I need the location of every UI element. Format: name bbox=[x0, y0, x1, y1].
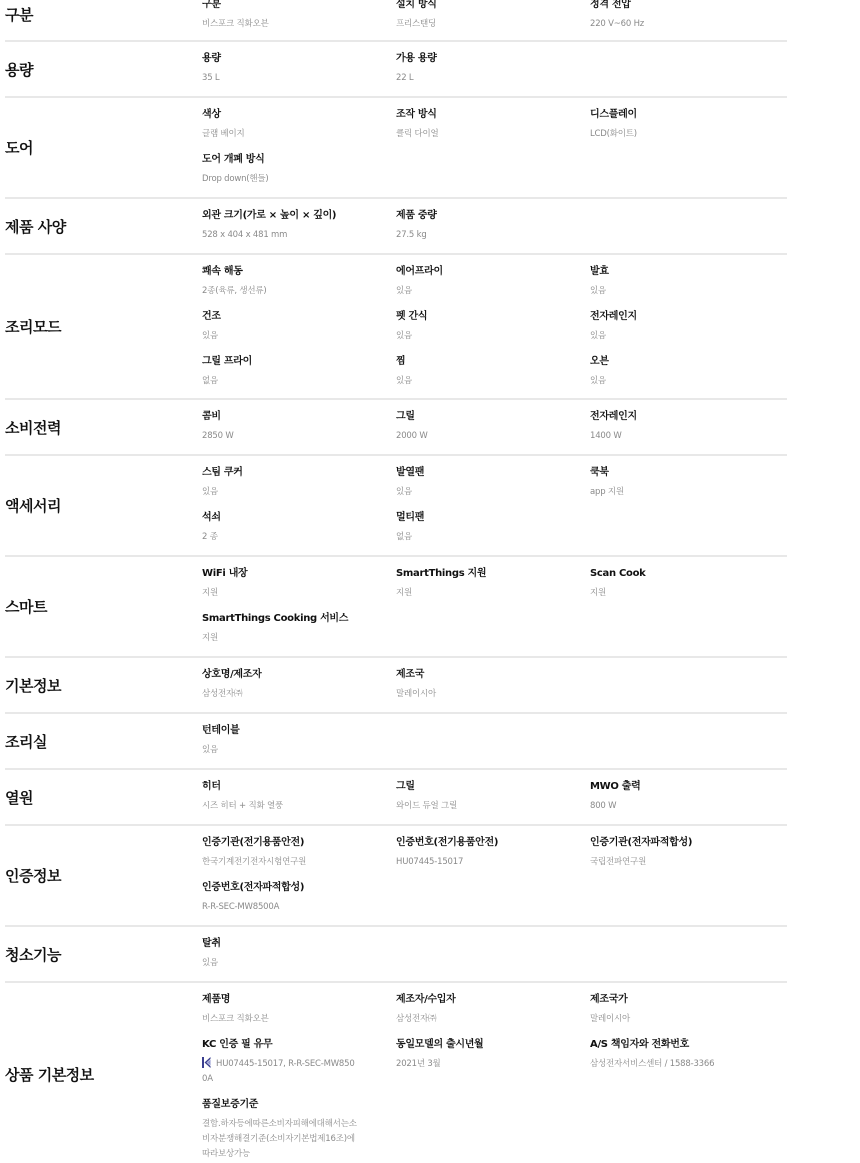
spec-item: 조작 방식 클릭 다이얼 bbox=[396, 108, 590, 153]
spec-label: 조작 방식 bbox=[396, 108, 582, 122]
spec-value: 한국기계전기전자시험연구원 bbox=[202, 855, 388, 870]
spec-grid: 구분 비스포크 직화오븐 설치 방식 프리스탠딩 정격 전압 220 V~60 … bbox=[202, 0, 787, 40]
spec-category-title: 용량 bbox=[5, 42, 202, 96]
spec-item: 외관 크기(가로 × 높이 × 깊이) 528 x 404 x 481 mm bbox=[202, 209, 396, 254]
spec-value: Drop down(핸들) bbox=[202, 172, 388, 187]
spec-value: 클릭 다이얼 bbox=[396, 127, 582, 142]
spec-item: 에어프라이 있음 bbox=[396, 265, 590, 310]
spec-value: 말레이시아 bbox=[590, 1012, 776, 1027]
spec-value: 2종(육류, 생선류) bbox=[202, 284, 388, 299]
spec-item: 그릴 2000 W bbox=[396, 410, 590, 455]
spec-value: 지원 bbox=[396, 586, 582, 601]
spec-value: 2 종 bbox=[202, 530, 388, 545]
spec-value: 있음 bbox=[202, 329, 388, 344]
spec-item: 정격 전압 220 V~60 Hz bbox=[590, 0, 784, 43]
spec-item: 오븐 있음 bbox=[590, 355, 784, 400]
spec-value: 있음 bbox=[396, 485, 582, 500]
spec-value: 1400 W bbox=[590, 429, 776, 444]
spec-value: 2000 W bbox=[396, 429, 582, 444]
spec-item-release-date: 동일모델의 출시년월 2021년 3월 bbox=[396, 1038, 590, 1083]
spec-grid: 인증기관(전기용품안전) 한국기계전기전자시험연구원 인증번호(전기용품안전) … bbox=[202, 826, 787, 925]
spec-value: R-R-SEC-MW8500A bbox=[202, 900, 388, 915]
spec-label: 동일모델의 출시년월 bbox=[396, 1038, 582, 1052]
spec-label: 그릴 bbox=[396, 780, 582, 794]
spec-label: 오븐 bbox=[590, 355, 776, 369]
spec-label: 디스플레이 bbox=[590, 108, 776, 122]
spec-value: 있음 bbox=[202, 956, 388, 971]
spec-item: 콤비 2850 W bbox=[202, 410, 396, 455]
spec-label: 멀티팬 bbox=[396, 511, 582, 525]
spec-label: 제품명 bbox=[202, 993, 388, 1007]
spec-item-country: 제조국가 말레이시아 bbox=[590, 993, 784, 1038]
spec-item: 건조 있음 bbox=[202, 310, 396, 355]
spec-label: 그릴 bbox=[396, 410, 582, 424]
spec-value: 35 L bbox=[202, 71, 388, 86]
spec-label: 탈취 bbox=[202, 937, 388, 951]
spec-grid: 턴테이블 있음 bbox=[202, 714, 787, 768]
spec-label: 설치 방식 bbox=[396, 0, 582, 12]
spec-section-2: 도어 색상 글램 베이지 조작 방식 클릭 다이얼 디스플레이 LCD(화이트)… bbox=[5, 98, 787, 199]
spec-value: 지원 bbox=[202, 631, 388, 646]
kc-cert-value: HU07445-15017, R-R-SEC-MW850 0A bbox=[202, 1059, 355, 1084]
spec-item: 그릴 와이드 듀얼 그릴 bbox=[396, 780, 590, 825]
spec-value: 528 x 404 x 481 mm bbox=[202, 228, 388, 243]
spec-item: 디스플레이 LCD(화이트) bbox=[590, 108, 784, 153]
spec-label: 쿡북 bbox=[590, 466, 776, 480]
spec-section-11: 인증정보 인증기관(전기용품안전) 한국기계전기전자시험연구원 인증번호(전기용… bbox=[5, 826, 787, 927]
spec-value: 시즈 히터 + 직화 열풍 bbox=[202, 799, 388, 814]
spec-section-1: 용량 용량 35 L 가용 용량 22 L bbox=[5, 42, 787, 98]
spec-label: 발효 bbox=[590, 265, 776, 279]
spec-value: 비스포크 직화오븐 bbox=[202, 17, 388, 32]
spec-section-9: 조리실 턴테이블 있음 bbox=[5, 714, 787, 770]
spec-label: 전자레인지 bbox=[590, 310, 776, 324]
spec-item: 인증번호(전기용품안전) HU07445-15017 bbox=[396, 836, 590, 881]
spec-item: 펫 간식 있음 bbox=[396, 310, 590, 355]
spec-item: 설치 방식 프리스탠딩 bbox=[396, 0, 590, 43]
spec-category-title: 소비전력 bbox=[5, 400, 202, 454]
spec-grid: 탈취 있음 bbox=[202, 927, 787, 981]
spec-label: 찜 bbox=[396, 355, 582, 369]
spec-value: 국립전파연구원 bbox=[590, 855, 776, 870]
spec-section-5: 소비전력 콤비 2850 W 그릴 2000 W 전자레인지 1400 W bbox=[5, 400, 787, 456]
spec-value: HU07445-15017, R-R-SEC-MW850 0A bbox=[202, 1057, 360, 1087]
spec-category-title: 제품 사양 bbox=[5, 199, 202, 253]
spec-category-title: 기본정보 bbox=[5, 658, 202, 712]
spec-label: 스팀 쿠커 bbox=[202, 466, 388, 480]
spec-label: SmartThings Cooking 서비스 bbox=[202, 612, 388, 626]
spec-value: 2850 W bbox=[202, 429, 388, 444]
spec-label: 인증번호(전자파적합성) bbox=[202, 881, 388, 895]
spec-label: 외관 크기(가로 × 높이 × 깊이) bbox=[202, 209, 388, 223]
spec-label: 인증번호(전기용품안전) bbox=[396, 836, 582, 850]
spec-label: WiFi 내장 bbox=[202, 567, 388, 581]
spec-label: 품질보증기준 bbox=[202, 1098, 388, 1112]
spec-label: 인증기관(전자파적합성) bbox=[590, 836, 776, 850]
spec-item-as-contact: A/S 책임자와 전화번호 삼성전자서비스센터 / 1588-3366 bbox=[590, 1038, 784, 1083]
spec-label: 인증기관(전기용품안전) bbox=[202, 836, 388, 850]
spec-value: LCD(화이트) bbox=[590, 127, 776, 142]
spec-label: 정격 전압 bbox=[590, 0, 776, 12]
spec-label: 제품 중량 bbox=[396, 209, 582, 223]
spec-label: A/S 책임자와 전화번호 bbox=[590, 1038, 776, 1052]
spec-item: 도어 개폐 방식 Drop down(핸들) bbox=[202, 153, 396, 198]
spec-section-12: 청소기능 탈취 있음 bbox=[5, 927, 787, 983]
spec-item-warranty: 품질보증기준 결함.하자등에따른소비자피해에대해서는소비자분쟁해결기준(소비자기… bbox=[202, 1098, 396, 1162]
spec-label: 가용 용량 bbox=[396, 52, 582, 66]
spec-value: 없음 bbox=[202, 374, 388, 389]
spec-label: 건조 bbox=[202, 310, 388, 324]
spec-value: 22 L bbox=[396, 71, 582, 86]
spec-item: 전자레인지 1400 W bbox=[590, 410, 784, 455]
kc-mark-icon bbox=[202, 1057, 211, 1068]
spec-category-title: 조리실 bbox=[5, 714, 202, 768]
spec-item: SmartThings Cooking 서비스 지원 bbox=[202, 612, 396, 657]
spec-label: 구분 bbox=[202, 0, 388, 12]
spec-value: 220 V~60 Hz bbox=[590, 17, 776, 32]
spec-label: 도어 개폐 방식 bbox=[202, 153, 388, 167]
spec-value: 있음 bbox=[396, 374, 582, 389]
spec-item: 쿡북 app 지원 bbox=[590, 466, 784, 511]
spec-category-title: 액세서리 bbox=[5, 456, 202, 555]
spec-section-7: 스마트 WiFi 내장 지원 SmartThings 지원 지원 Scan Co… bbox=[5, 557, 787, 658]
spec-item: 찜 있음 bbox=[396, 355, 590, 400]
spec-label: 상호명/제조자 bbox=[202, 668, 388, 682]
spec-category-title: 청소기능 bbox=[5, 927, 202, 981]
spec-item: 스팀 쿠커 있음 bbox=[202, 466, 396, 511]
spec-label: 턴테이블 bbox=[202, 724, 388, 738]
spec-value: app 지원 bbox=[590, 485, 776, 500]
spec-value: HU07445-15017 bbox=[396, 855, 582, 870]
spec-item: 전자레인지 있음 bbox=[590, 310, 784, 355]
spec-grid: 쾌속 해동 2종(육류, 생선류) 에어프라이 있음 발효 있음 건조 있음 펫… bbox=[202, 255, 787, 398]
spec-label: 그릴 프라이 bbox=[202, 355, 388, 369]
spec-label: 제조국 bbox=[396, 668, 582, 682]
spec-value: 있음 bbox=[202, 743, 388, 758]
spec-value: 비스포크 직화오븐 bbox=[202, 1012, 388, 1027]
spec-value: 와이드 듀얼 그릴 bbox=[396, 799, 582, 814]
spec-category-title: 스마트 bbox=[5, 557, 202, 656]
spec-value: 삼성전자㈜ bbox=[396, 1012, 582, 1027]
spec-value: 프리스탠딩 bbox=[396, 17, 582, 32]
spec-label: 발열팬 bbox=[396, 466, 582, 480]
spec-item: 턴테이블 있음 bbox=[202, 724, 396, 769]
spec-item-product-name: 제품명 비스포크 직화오븐 bbox=[202, 993, 396, 1038]
spec-category-title: 도어 bbox=[5, 98, 202, 197]
spec-section-10: 열원 히터 시즈 히터 + 직화 열풍 그릴 와이드 듀얼 그릴 MWO 출력 … bbox=[5, 770, 787, 826]
spec-item: 구분 비스포크 직화오븐 bbox=[202, 0, 396, 43]
spec-value: 삼성전자㈜ bbox=[202, 687, 388, 702]
spec-label: 제조국가 bbox=[590, 993, 776, 1007]
spec-value: 있음 bbox=[590, 284, 776, 299]
spec-value: 있음 bbox=[590, 374, 776, 389]
spec-item: 제품 중량 27.5 kg bbox=[396, 209, 590, 254]
spec-section-0: 구분 구분 비스포크 직화오븐 설치 방식 프리스탠딩 정격 전압 220 V~… bbox=[5, 0, 787, 42]
spec-value: 800 W bbox=[590, 799, 776, 814]
spec-section-3: 제품 사양 외관 크기(가로 × 높이 × 깊이) 528 x 404 x 48… bbox=[5, 199, 787, 255]
spec-item: 용량 35 L bbox=[202, 52, 396, 97]
spec-category-title: 상품 기본정보 bbox=[5, 983, 202, 1163]
spec-item: 멀티팬 없음 bbox=[396, 511, 590, 556]
spec-grid: 용량 35 L 가용 용량 22 L bbox=[202, 42, 787, 96]
spec-value: 지원 bbox=[590, 586, 776, 601]
spec-item: Scan Cook 지원 bbox=[590, 567, 784, 612]
spec-category-title: 조리모드 bbox=[5, 255, 202, 398]
spec-grid: 외관 크기(가로 × 높이 × 깊이) 528 x 404 x 481 mm 제… bbox=[202, 199, 787, 253]
spec-grid: 히터 시즈 히터 + 직화 열풍 그릴 와이드 듀얼 그릴 MWO 출력 800… bbox=[202, 770, 787, 824]
spec-grid: 콤비 2850 W 그릴 2000 W 전자레인지 1400 W bbox=[202, 400, 787, 454]
spec-item-manufacturer: 제조자/수입자 삼성전자㈜ bbox=[396, 993, 590, 1038]
spec-table: 구분 구분 비스포크 직화오븐 설치 방식 프리스탠딩 정격 전압 220 V~… bbox=[5, 0, 787, 1163]
spec-item: 인증기관(전기용품안전) 한국기계전기전자시험연구원 bbox=[202, 836, 396, 881]
spec-item: 상호명/제조자 삼성전자㈜ bbox=[202, 668, 396, 713]
spec-value: 2021년 3월 bbox=[396, 1057, 582, 1072]
spec-grid: 제품명 비스포크 직화오븐 제조자/수입자 삼성전자㈜ 제조국가 말레이시아 K… bbox=[202, 983, 787, 1163]
spec-value: 글램 베이지 bbox=[202, 127, 388, 142]
spec-value: 있음 bbox=[396, 284, 582, 299]
spec-item: 제조국 말레이시아 bbox=[396, 668, 590, 713]
spec-category-title: 구분 bbox=[5, 0, 202, 40]
spec-grid: WiFi 내장 지원 SmartThings 지원 지원 Scan Cook 지… bbox=[202, 557, 787, 656]
spec-item: 색상 글램 베이지 bbox=[202, 108, 396, 153]
spec-value: 있음 bbox=[202, 485, 388, 500]
spec-value: 삼성전자서비스센터 / 1588-3366 bbox=[590, 1057, 776, 1072]
spec-item: SmartThings 지원 지원 bbox=[396, 567, 590, 612]
spec-label: 전자레인지 bbox=[590, 410, 776, 424]
spec-item: 인증번호(전자파적합성) R-R-SEC-MW8500A bbox=[202, 881, 396, 926]
spec-item: 발효 있음 bbox=[590, 265, 784, 310]
spec-item: 가용 용량 22 L bbox=[396, 52, 590, 97]
spec-value: 있음 bbox=[396, 329, 582, 344]
spec-label: Scan Cook bbox=[590, 567, 776, 581]
spec-label: 석쇠 bbox=[202, 511, 388, 525]
spec-category-title: 열원 bbox=[5, 770, 202, 824]
spec-value: 결함.하자등에따른소비자피해에대해서는소비자분쟁해결기준(소비자기본법제16조)… bbox=[202, 1117, 360, 1162]
spec-item: 석쇠 2 종 bbox=[202, 511, 396, 556]
spec-item: 발열팬 있음 bbox=[396, 466, 590, 511]
spec-value: 있음 bbox=[590, 329, 776, 344]
spec-item: 인증기관(전자파적합성) 국립전파연구원 bbox=[590, 836, 784, 881]
spec-value: 지원 bbox=[202, 586, 388, 601]
spec-item: MWO 출력 800 W bbox=[590, 780, 784, 825]
spec-label: 색상 bbox=[202, 108, 388, 122]
spec-item: 쾌속 해동 2종(육류, 생선류) bbox=[202, 265, 396, 310]
spec-item: 탈취 있음 bbox=[202, 937, 396, 982]
spec-grid: 색상 글램 베이지 조작 방식 클릭 다이얼 디스플레이 LCD(화이트) 도어… bbox=[202, 98, 787, 197]
spec-label: 에어프라이 bbox=[396, 265, 582, 279]
spec-label: 쾌속 해동 bbox=[202, 265, 388, 279]
spec-label: 펫 간식 bbox=[396, 310, 582, 324]
spec-value: 말레이시아 bbox=[396, 687, 582, 702]
spec-value: 27.5 kg bbox=[396, 228, 582, 243]
spec-label: 제조자/수입자 bbox=[396, 993, 582, 1007]
spec-section-basic-info: 상품 기본정보 제품명 비스포크 직화오븐 제조자/수입자 삼성전자㈜ 제조국가… bbox=[5, 983, 787, 1163]
spec-grid: 스팀 쿠커 있음 발열팬 있음 쿡북 app 지원 석쇠 2 종 멀티팬 없음 bbox=[202, 456, 787, 555]
spec-label: KC 인증 필 유무 bbox=[202, 1038, 388, 1052]
spec-section-6: 액세서리 스팀 쿠커 있음 발열팬 있음 쿡북 app 지원 석쇠 2 종 멀티… bbox=[5, 456, 787, 557]
spec-value: 없음 bbox=[396, 530, 582, 545]
spec-section-4: 조리모드 쾌속 해동 2종(육류, 생선류) 에어프라이 있음 발효 있음 건조… bbox=[5, 255, 787, 400]
spec-category-title: 인증정보 bbox=[5, 826, 202, 925]
spec-grid: 상호명/제조자 삼성전자㈜ 제조국 말레이시아 bbox=[202, 658, 787, 712]
spec-label: 용량 bbox=[202, 52, 388, 66]
spec-section-8: 기본정보 상호명/제조자 삼성전자㈜ 제조국 말레이시아 bbox=[5, 658, 787, 714]
spec-label: SmartThings 지원 bbox=[396, 567, 582, 581]
spec-item-kc-cert: KC 인증 필 유무 HU07445-15017, R-R-SEC-MW850 … bbox=[202, 1038, 396, 1098]
spec-label: 히터 bbox=[202, 780, 388, 794]
spec-item: WiFi 내장 지원 bbox=[202, 567, 396, 612]
spec-item: 히터 시즈 히터 + 직화 열풍 bbox=[202, 780, 396, 825]
spec-label: 콤비 bbox=[202, 410, 388, 424]
spec-label: MWO 출력 bbox=[590, 780, 776, 794]
spec-item: 그릴 프라이 없음 bbox=[202, 355, 396, 400]
